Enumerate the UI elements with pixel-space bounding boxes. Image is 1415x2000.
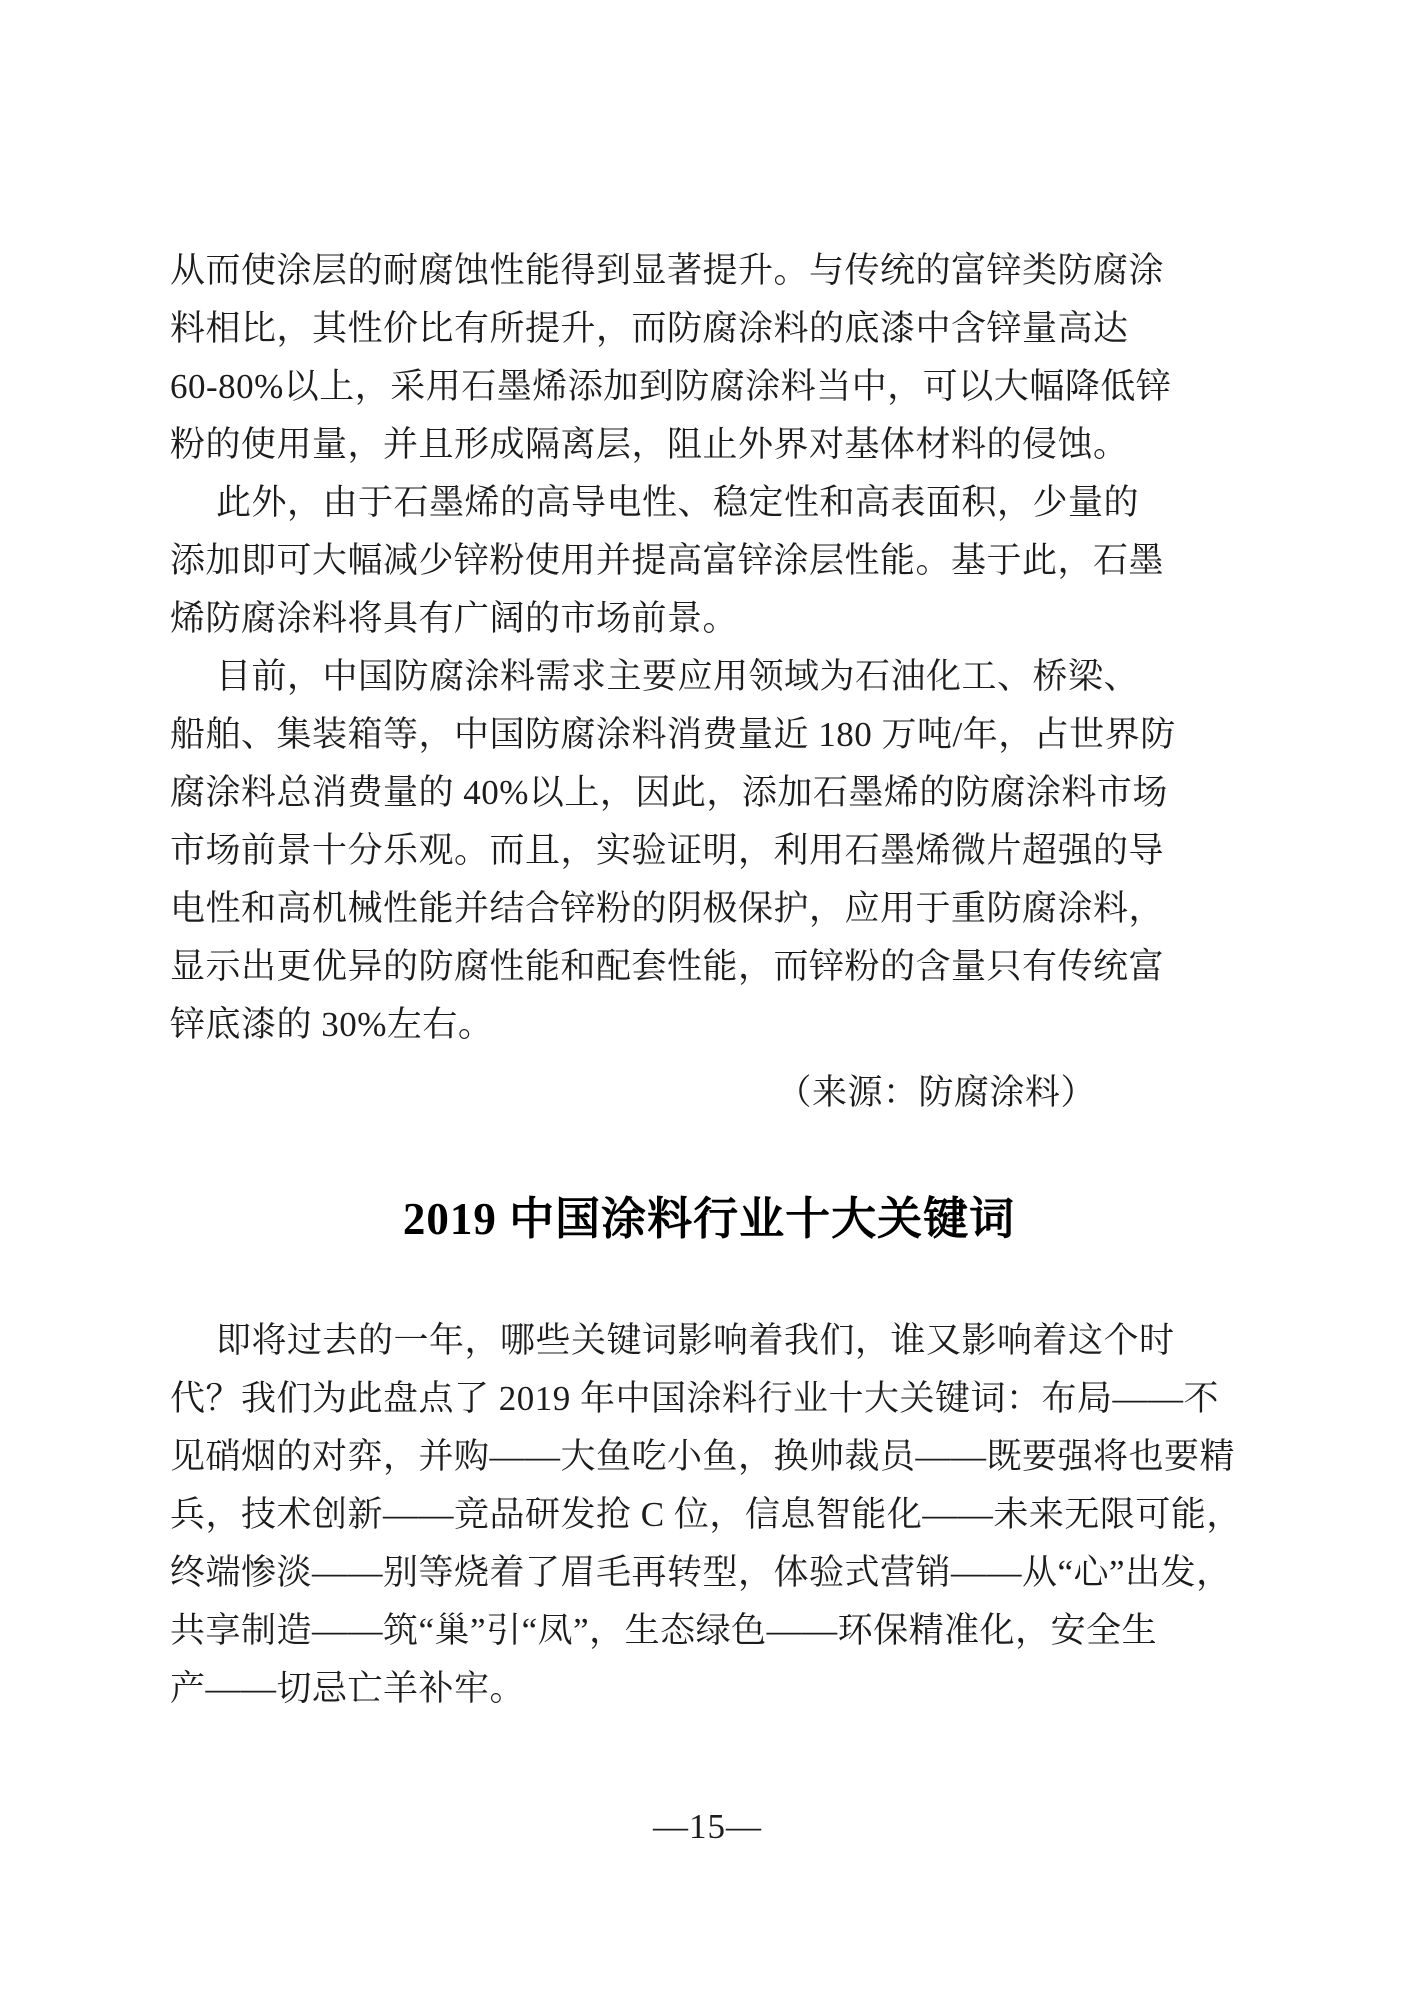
- text-line: 显示出更优异的防腐性能和配套性能，而锌粉的含量只有传统富: [170, 938, 1248, 996]
- paragraph: 即将过去的一年，哪些关键词影响着我们，谁又影响着这个时代？我们为此盘点了 201…: [170, 1312, 1248, 1718]
- document-content: 从而使涂层的耐腐蚀性能得到显著提升。与传统的富锌类防腐涂料相比，其性价比有所提升…: [170, 242, 1248, 1718]
- source-attribution: （来源：防腐涂料）: [170, 1064, 1248, 1122]
- text-line: 终端惨淡——别等烧着了眉毛再转型，体验式营销——从“心”出发，: [170, 1544, 1248, 1602]
- text-line: 船舶、集装箱等，中国防腐涂料消费量近 180 万吨/年，占世界防: [170, 706, 1248, 764]
- text-line: 料相比，其性价比有所提升，而防腐涂料的底漆中含锌量高达: [170, 300, 1248, 358]
- text-line: 产——切忌亡羊补牢。: [170, 1660, 1248, 1718]
- page-number: —15—: [0, 1798, 1415, 1856]
- text-line: 烯防腐涂料将具有广阔的市场前景。: [170, 590, 1248, 648]
- text-line: 从而使涂层的耐腐蚀性能得到显著提升。与传统的富锌类防腐涂: [170, 242, 1248, 300]
- text-line: 此外，由于石墨烯的高导电性、稳定性和高表面积，少量的: [170, 474, 1248, 532]
- text-line: 粉的使用量，并且形成隔离层，阻止外界对基体材料的侵蚀。: [170, 416, 1248, 474]
- paragraph: 目前，中国防腐涂料需求主要应用领域为石油化工、桥梁、船舶、集装箱等，中国防腐涂料…: [170, 648, 1248, 1054]
- article-keywords-body: 即将过去的一年，哪些关键词影响着我们，谁又影响着这个时代？我们为此盘点了 201…: [170, 1312, 1248, 1718]
- article-anticorrosion-body: 从而使涂层的耐腐蚀性能得到显著提升。与传统的富锌类防腐涂料相比，其性价比有所提升…: [170, 242, 1248, 1054]
- paragraph: 此外，由于石墨烯的高导电性、稳定性和高表面积，少量的添加即可大幅减少锌粉使用并提…: [170, 474, 1248, 648]
- text-line: 代？我们为此盘点了 2019 年中国涂料行业十大关键词：布局——不: [170, 1370, 1248, 1428]
- text-line: 市场前景十分乐观。而且，实验证明，利用石墨烯微片超强的导: [170, 822, 1248, 880]
- text-line: 见硝烟的对弈，并购——大鱼吃小鱼，换帅裁员——既要强将也要精: [170, 1428, 1248, 1486]
- text-line: 兵，技术创新——竞品研发抢 C 位，信息智能化——未来无限可能，: [170, 1486, 1248, 1544]
- text-line: 目前，中国防腐涂料需求主要应用领域为石油化工、桥梁、: [170, 648, 1248, 706]
- document-page: 从而使涂层的耐腐蚀性能得到显著提升。与传统的富锌类防腐涂料相比，其性价比有所提升…: [0, 0, 1415, 2000]
- article-title-2019-keywords: 2019 中国涂料行业十大关键词: [170, 1188, 1248, 1250]
- text-line: 腐涂料总消费量的 40%以上，因此，添加石墨烯的防腐涂料市场: [170, 764, 1248, 822]
- text-line: 60-80%以上，采用石墨烯添加到防腐涂料当中，可以大幅降低锌: [170, 358, 1248, 416]
- text-line: 锌底漆的 30%左右。: [170, 996, 1248, 1054]
- text-line: 即将过去的一年，哪些关键词影响着我们，谁又影响着这个时: [170, 1312, 1248, 1370]
- text-line: 电性和高机械性能并结合锌粉的阴极保护，应用于重防腐涂料，: [170, 880, 1248, 938]
- text-line: 共享制造——筑“巢”引“凤”，生态绿色——环保精准化，安全生: [170, 1602, 1248, 1660]
- paragraph: 从而使涂层的耐腐蚀性能得到显著提升。与传统的富锌类防腐涂料相比，其性价比有所提升…: [170, 242, 1248, 474]
- text-line: 添加即可大幅减少锌粉使用并提高富锌涂层性能。基于此，石墨: [170, 532, 1248, 590]
